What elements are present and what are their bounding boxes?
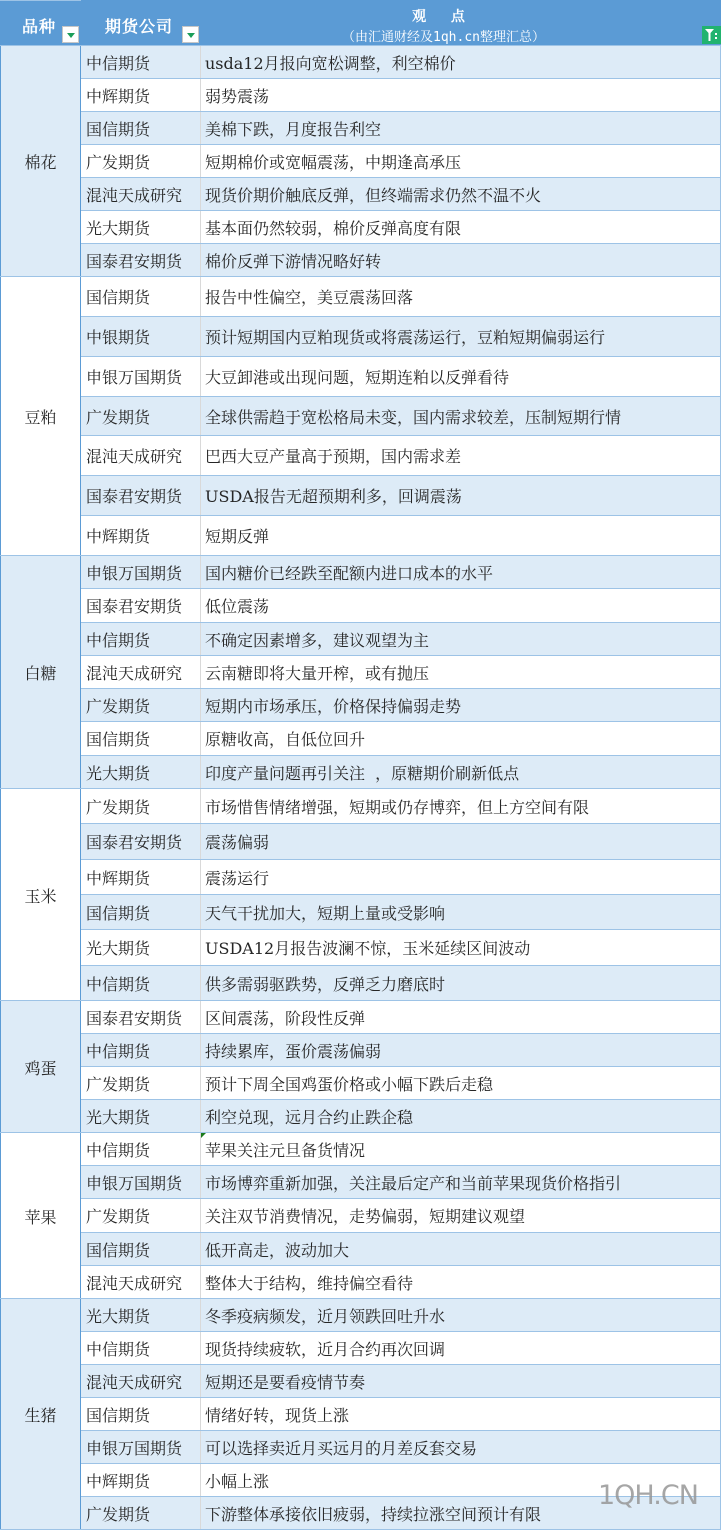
table-row: 国信期货天气干扰加大，短期上量或受影响 (81, 895, 721, 930)
company-cell[interactable]: 混沌天成研究 (81, 1365, 201, 1397)
view-cell[interactable]: 低位震荡 (201, 589, 721, 622)
company-cell[interactable]: 国信期货 (81, 1233, 201, 1265)
company-cell[interactable]: 中信期货 (81, 1332, 201, 1364)
category-section: 豆粕国信期货报告中性偏空，美豆震荡回落中银期货预计短期国内豆粕现货或将震荡运行，… (0, 277, 721, 556)
view-text: 印度产量问题再引关注 ，原糖期价刷新低点 (205, 761, 519, 784)
view-text: 弱势震荡 (205, 84, 269, 107)
table-row: 光大期货USDA12月报告波澜不惊，玉米延续区间波动 (81, 930, 721, 966)
view-text: 市场惜售情绪增强，短期或仍存博弈，但上方空间有限 (205, 795, 589, 818)
dropdown-triangle-icon (67, 33, 75, 38)
company-filter-dropdown-button[interactable] (182, 26, 199, 43)
category-section: 白糖申银万国期货国内糖价已经跌至配额内进口成本的水平国泰君安期货低位震荡中信期货… (0, 556, 721, 789)
table-row: 中信期货现货持续疲软，近月合约再次回调 (81, 1332, 721, 1365)
table-row: 中辉期货小幅上涨 (81, 1464, 721, 1497)
view-text: USDA报告无超预期利多，回调震荡 (205, 484, 462, 507)
table-row: 混沌天成研究云南糖即将大量开榨，或有抛压 (81, 656, 721, 689)
view-text: 市场博弈重新加强，关注最后定产和当前苹果现货价格指引 (205, 1171, 621, 1194)
section-rows: 申银万国期货国内糖价已经跌至配额内进口成本的水平国泰君安期货低位震荡中信期货不确… (81, 556, 721, 789)
company-cell[interactable]: 广发期货 (81, 1067, 201, 1099)
view-cell[interactable]: 巴西大豆产量高于预期，国内需求差 (201, 436, 721, 475)
view-text: usda12月报向宽松调整，利空棉价 (205, 51, 456, 74)
view-text: 持续累库，蛋价震荡偏弱 (205, 1039, 381, 1062)
view-filter-button[interactable] (702, 26, 721, 44)
company-cell[interactable]: 国泰君安期货 (81, 589, 201, 622)
company-cell[interactable]: 混沌天成研究 (81, 436, 201, 475)
view-text: 短期反弹 (205, 524, 269, 547)
table-row: 光大期货印度产量问题再引关注 ，原糖期价刷新低点 (81, 756, 721, 789)
table-row: 国信期货美棉下跌，月度报告利空 (81, 112, 721, 145)
table-row: 广发期货短期棉价或宽幅震荡，中期逢高承压 (81, 145, 721, 178)
company-cell[interactable]: 广发期货 (81, 145, 201, 177)
company-cell[interactable]: 国信期货 (81, 277, 201, 316)
view-cell[interactable]: 预计下周全国鸡蛋价格或小幅下跌后走稳 (201, 1067, 721, 1099)
table-row: 国泰君安期货区间震荡，阶段性反弹 (81, 1001, 721, 1034)
view-cell[interactable]: 天气干扰加大，短期上量或受影响 (201, 895, 721, 929)
table-row: 国泰君安期货棉价反弹下游情况略好转 (81, 244, 721, 277)
table-row: 广发期货市场惜售情绪增强，短期或仍存博弈，但上方空间有限 (81, 789, 721, 824)
view-text: 供多需弱驱跌势，反弹乏力磨底时 (205, 972, 445, 995)
company-cell[interactable]: 中信期货 (81, 46, 201, 78)
company-cell[interactable]: 国泰君安期货 (81, 244, 201, 276)
table-row: 光大期货利空兑现，远月合约止跌企稳 (81, 1100, 721, 1133)
category-label: 鸡蛋 (24, 1056, 56, 1079)
company-cell[interactable]: 国泰君安期货 (81, 1001, 201, 1033)
company-cell[interactable]: 国信期货 (81, 895, 201, 929)
header-view-subtitle: （由汇通财经及1qh.cn整理汇总） (201, 26, 686, 45)
company-cell[interactable]: 混沌天成研究 (81, 656, 201, 688)
view-text: 报告中性偏空，美豆震荡回落 (205, 285, 413, 308)
table-row: 混沌天成研究整体大于结构，维持偏空看待 (81, 1266, 721, 1299)
company-cell[interactable]: 中银期货 (81, 317, 201, 356)
view-text: 现货持续疲软，近月合约再次回调 (205, 1337, 445, 1360)
view-text: 预计短期国内豆粕现货或将震荡运行，豆粕短期偏弱运行 (205, 325, 605, 348)
category-cell[interactable]: 苹果 (0, 1133, 81, 1299)
view-cell[interactable]: 弱势震荡 (201, 79, 721, 111)
category-label: 生猪 (24, 1403, 56, 1426)
view-cell[interactable]: 持续累库，蛋价震荡偏弱 (201, 1034, 721, 1066)
table-row: 国信期货报告中性偏空，美豆震荡回落 (81, 277, 721, 317)
category-label: 棉花 (24, 150, 56, 173)
company-cell[interactable]: 中辉期货 (81, 79, 201, 111)
company-cell[interactable]: 光大期货 (81, 756, 201, 788)
category-cell[interactable]: 棉花 (0, 46, 81, 277)
table-row: 中辉期货短期反弹 (81, 516, 721, 556)
section-rows: 中信期货苹果关注元旦备货情况申银万国期货市场博弈重新加强，关注最后定产和当前苹果… (81, 1133, 721, 1299)
view-text: 国内糖价已经跌至配额内进口成本的水平 (205, 561, 493, 584)
table-row: 中信期货不确定因素增多，建议观望为主 (81, 623, 721, 656)
category-cell[interactable]: 鸡蛋 (0, 1001, 81, 1133)
view-text: 关注双节消费情况，走势偏弱，短期建议观望 (205, 1204, 525, 1227)
company-cell[interactable]: 国信期货 (81, 1398, 201, 1430)
table-row: 中辉期货震荡运行 (81, 860, 721, 895)
table-header: 品种 期货公司 观 点 （由汇通财经及1qh.cn整理汇总） (0, 0, 721, 46)
company-cell[interactable]: 中辉期货 (81, 860, 201, 894)
view-text: 云南糖即将大量开榨，或有抛压 (205, 661, 429, 684)
company-cell[interactable]: 中信期货 (81, 1133, 201, 1165)
header-view: 观 点 （由汇通财经及1qh.cn整理汇总） (201, 0, 721, 46)
category-cell[interactable]: 豆粕 (0, 277, 81, 556)
section-rows: 国信期货报告中性偏空，美豆震荡回落中银期货预计短期国内豆粕现货或将震荡运行，豆粕… (81, 277, 721, 556)
view-cell[interactable]: 不确定因素增多，建议观望为主 (201, 623, 721, 655)
view-text: 短期内市场承压，价格保持偏弱走势 (205, 694, 461, 717)
view-text: 震荡运行 (205, 866, 269, 889)
view-cell[interactable]: 震荡偏弱 (201, 824, 721, 859)
category-label: 苹果 (24, 1205, 56, 1228)
view-text: 可以选择卖近月买远月的月差反套交易 (205, 1436, 477, 1459)
spreadsheet: 品种 期货公司 观 点 （由汇通财经及1qh.cn整理汇总） 棉花中信期货usd… (0, 0, 721, 1530)
view-cell[interactable]: 印度产量问题再引关注 ，原糖期价刷新低点 (201, 756, 721, 788)
table-row: 混沌天成研究巴西大豆产量高于预期，国内需求差 (81, 436, 721, 476)
view-text: 震荡偏弱 (205, 830, 269, 853)
section-rows: 国泰君安期货区间震荡，阶段性反弹中信期货持续累库，蛋价震荡偏弱广发期货预计下周全… (81, 1001, 721, 1133)
view-cell[interactable]: USDA报告无超预期利多，回调震荡 (201, 476, 721, 515)
view-cell[interactable]: 短期棉价或宽幅震荡，中期逢高承压 (201, 145, 721, 177)
section-rows: 广发期货市场惜售情绪增强，短期或仍存博弈，但上方空间有限国泰君安期货震荡偏弱中辉… (81, 789, 721, 1001)
dropdown-triangle-icon (187, 33, 195, 38)
table-row: 广发期货全球供需趋于宽松格局未变，国内需求较差，压制短期行情 (81, 397, 721, 436)
view-cell[interactable]: 大豆卸港或出现问题，短期连粕以反弹看待 (201, 357, 721, 396)
view-text: 利空兑现，远月合约止跌企稳 (205, 1105, 413, 1128)
company-cell[interactable]: 光大期货 (81, 930, 201, 965)
view-cell[interactable]: 预计短期国内豆粕现货或将震荡运行，豆粕短期偏弱运行 (201, 317, 721, 356)
view-cell[interactable]: 小幅上涨 (201, 1464, 721, 1496)
table-row: 中信期货持续累库，蛋价震荡偏弱 (81, 1034, 721, 1067)
category-cell[interactable]: 生猪 (0, 1299, 81, 1530)
company-cell[interactable]: 中辉期货 (81, 1464, 201, 1496)
view-cell[interactable]: 现货价期价触底反弹，但终端需求仍然不温不火 (201, 178, 721, 210)
company-cell[interactable]: 光大期货 (81, 1100, 201, 1132)
table-row: 申银万国期货大豆卸港或出现问题，短期连粕以反弹看待 (81, 357, 721, 397)
table-row: 混沌天成研究现货价期价触底反弹，但终端需求仍然不温不火 (81, 178, 721, 211)
category-label: 豆粕 (24, 405, 56, 428)
view-cell[interactable]: 震荡运行 (201, 860, 721, 894)
view-text: 美棉下跌，月度报告利空 (205, 117, 381, 140)
table-row: 国信期货低开高走，波动加大 (81, 1233, 721, 1266)
view-text: 区间震荡，阶段性反弹 (205, 1006, 365, 1029)
view-text: 大豆卸港或出现问题，短期连粕以反弹看待 (205, 365, 509, 388)
view-cell[interactable]: 利空兑现，远月合约止跌企稳 (201, 1100, 721, 1132)
company-cell[interactable]: 国信期货 (81, 722, 201, 755)
view-cell[interactable]: 原糖收高，自低位回升 (201, 722, 721, 755)
table-row: 光大期货基本面仍然较弱，棉价反弹高度有限 (81, 211, 721, 244)
view-text: 巴西大豆产量高于预期，国内需求差 (205, 444, 461, 467)
view-text: 苹果关注元旦备货情况 (205, 1138, 365, 1161)
category-label: 玉米 (24, 884, 56, 907)
header-company-label: 期货公司 (105, 14, 173, 37)
company-cell[interactable]: 中信期货 (81, 966, 201, 1000)
view-cell[interactable]: 短期还是要看疫情节奏 (201, 1365, 721, 1397)
table-row: 广发期货短期内市场承压，价格保持偏弱走势 (81, 689, 721, 722)
company-cell[interactable]: 广发期货 (81, 397, 201, 435)
view-text: 预计下周全国鸡蛋价格或小幅下跌后走稳 (205, 1072, 493, 1095)
table-row: 中银期货预计短期国内豆粕现货或将震荡运行，豆粕短期偏弱运行 (81, 317, 721, 357)
view-cell[interactable]: 国内糖价已经跌至配额内进口成本的水平 (201, 556, 721, 588)
table-row: 广发期货预计下周全国鸡蛋价格或小幅下跌后走稳 (81, 1067, 721, 1100)
view-cell[interactable]: 冬季疫病频发，近月领跌回吐升水 (201, 1299, 721, 1331)
category-section: 苹果中信期货苹果关注元旦备货情况申银万国期货市场博弈重新加强，关注最后定产和当前… (0, 1133, 721, 1299)
category-cell[interactable]: 玉米 (0, 789, 81, 1001)
company-cell[interactable]: 申银万国期货 (81, 1431, 201, 1463)
table-row: 中信期货供多需弱驱跌势，反弹乏力磨底时 (81, 966, 721, 1001)
company-cell[interactable]: 广发期货 (81, 1497, 201, 1529)
company-cell[interactable]: 国信期货 (81, 112, 201, 144)
table-row: 国泰君安期货低位震荡 (81, 589, 721, 623)
view-cell[interactable]: 下游整体承接依旧疲弱，持续拉涨空间预计有限 (201, 1497, 721, 1529)
table-row: 申银万国期货市场博弈重新加强，关注最后定产和当前苹果现货价格指引 (81, 1166, 721, 1199)
table-row: 混沌天成研究短期还是要看疫情节奏 (81, 1365, 721, 1398)
view-text: 天气干扰加大，短期上量或受影响 (205, 901, 445, 924)
view-text: 情绪好转，现货上涨 (205, 1403, 349, 1426)
view-cell[interactable]: 区间震荡，阶段性反弹 (201, 1001, 721, 1033)
table-row: 中信期货苹果关注元旦备货情况 (81, 1133, 721, 1166)
company-cell[interactable]: 中信期货 (81, 1034, 201, 1066)
view-text: 小幅上涨 (205, 1469, 269, 1492)
category-section: 玉米广发期货市场惜售情绪增强，短期或仍存博弈，但上方空间有限国泰君安期货震荡偏弱… (0, 789, 721, 1001)
header-company: 期货公司 (81, 0, 201, 46)
view-text: 短期棉价或宽幅震荡，中期逢高承压 (205, 150, 461, 173)
company-cell[interactable]: 混沌天成研究 (81, 178, 201, 210)
view-text: 基本面仍然较弱，棉价反弹高度有限 (205, 216, 461, 239)
view-text: 不确定因素增多，建议观望为主 (205, 628, 429, 651)
comment-indicator-icon[interactable] (201, 1133, 206, 1138)
company-cell[interactable]: 申银万国期货 (81, 556, 201, 588)
company-cell[interactable]: 申银万国期货 (81, 357, 201, 396)
view-text: 整体大于结构，维持偏空看待 (205, 1271, 413, 1294)
company-cell[interactable]: 光大期货 (81, 1299, 201, 1331)
company-cell[interactable]: 国泰君安期货 (81, 824, 201, 859)
view-cell[interactable]: 棉价反弹下游情况略好转 (201, 244, 721, 276)
category-section: 棉花中信期货usda12月报向宽松调整，利空棉价中辉期货弱势震荡国信期货美棉下跌… (0, 46, 721, 277)
view-cell[interactable]: USDA12月报告波澜不惊，玉米延续区间波动 (201, 930, 721, 965)
company-cell[interactable]: 国泰君安期货 (81, 476, 201, 515)
view-cell[interactable]: 关注双节消费情况，走势偏弱，短期建议观望 (201, 1199, 721, 1232)
header-view-title: 观 点 (201, 6, 686, 26)
section-rows: 中信期货usda12月报向宽松调整，利空棉价中辉期货弱势震荡国信期货美棉下跌，月… (81, 46, 721, 277)
header-category: 品种 (0, 0, 81, 46)
view-text: 全球供需趋于宽松格局未变，国内需求较差，压制短期行情 (205, 405, 621, 428)
table-row: 国泰君安期货震荡偏弱 (81, 824, 721, 860)
category-label: 白糖 (24, 661, 56, 684)
view-text: 棉价反弹下游情况略好转 (205, 249, 381, 272)
view-cell[interactable]: 低开高走，波动加大 (201, 1233, 721, 1265)
view-cell[interactable]: 基本面仍然较弱，棉价反弹高度有限 (201, 211, 721, 243)
view-text: 低开高走，波动加大 (205, 1238, 349, 1261)
section-rows: 光大期货冬季疫病频发，近月领跌回吐升水中信期货现货持续疲软，近月合约再次回调混沌… (81, 1299, 721, 1530)
view-cell[interactable]: 美棉下跌，月度报告利空 (201, 112, 721, 144)
view-text: 低位震荡 (205, 594, 269, 617)
company-cell[interactable]: 中信期货 (81, 623, 201, 655)
view-cell[interactable]: 市场博弈重新加强，关注最后定产和当前苹果现货价格指引 (201, 1166, 721, 1198)
header-category-label: 品种 (22, 14, 56, 37)
company-cell[interactable]: 光大期货 (81, 211, 201, 243)
table-row: 广发期货下游整体承接依旧疲弱，持续拉涨空间预计有限 (81, 1497, 721, 1530)
category-section: 鸡蛋国泰君安期货区间震荡，阶段性反弹中信期货持续累库，蛋价震荡偏弱广发期货预计下… (0, 1001, 721, 1133)
table-row: 国信期货原糖收高，自低位回升 (81, 722, 721, 756)
table-row: 国信期货情绪好转，现货上涨 (81, 1398, 721, 1431)
company-cell[interactable]: 中辉期货 (81, 516, 201, 555)
table-row: 申银万国期货可以选择卖近月买远月的月差反套交易 (81, 1431, 721, 1464)
view-cell[interactable]: 可以选择卖近月买远月的月差反套交易 (201, 1431, 721, 1463)
filter-icon (705, 29, 718, 41)
table-row: 中信期货usda12月报向宽松调整，利空棉价 (81, 46, 721, 79)
category-cell[interactable]: 白糖 (0, 556, 81, 789)
view-text: USDA12月报告波澜不惊，玉米延续区间波动 (205, 936, 530, 959)
category-section: 生猪光大期货冬季疫病频发，近月领跌回吐升水中信期货现货持续疲软，近月合约再次回调… (0, 1299, 721, 1530)
company-cell[interactable]: 申银万国期货 (81, 1166, 201, 1198)
view-cell[interactable]: 市场惜售情绪增强，短期或仍存博弈，但上方空间有限 (201, 789, 721, 823)
view-text: 冬季疫病频发，近月领跌回吐升水 (205, 1304, 445, 1327)
table-row: 光大期货冬季疫病频发，近月领跌回吐升水 (81, 1299, 721, 1332)
view-cell[interactable]: 供多需弱驱跌势，反弹乏力磨底时 (201, 966, 721, 1000)
company-cell[interactable]: 广发期货 (81, 689, 201, 721)
view-cell[interactable]: 情绪好转，现货上涨 (201, 1398, 721, 1430)
view-text: 现货价期价触底反弹，但终端需求仍然不温不火 (205, 183, 541, 206)
view-cell[interactable]: usda12月报向宽松调整，利空棉价 (201, 46, 721, 78)
table-row: 国泰君安期货USDA报告无超预期利多，回调震荡 (81, 476, 721, 516)
view-cell[interactable]: 全球供需趋于宽松格局未变，国内需求较差，压制短期行情 (201, 397, 721, 435)
company-cell[interactable]: 混沌天成研究 (81, 1266, 201, 1298)
view-cell[interactable]: 现货持续疲软，近月合约再次回调 (201, 1332, 721, 1364)
view-cell[interactable]: 短期反弹 (201, 516, 721, 555)
category-filter-dropdown-button[interactable] (62, 26, 79, 43)
view-text: 短期还是要看疫情节奏 (205, 1370, 365, 1393)
table-row: 中辉期货弱势震荡 (81, 79, 721, 112)
table-row: 广发期货关注双节消费情况，走势偏弱，短期建议观望 (81, 1199, 721, 1233)
view-cell[interactable]: 整体大于结构，维持偏空看待 (201, 1266, 721, 1298)
view-cell[interactable]: 报告中性偏空，美豆震荡回落 (201, 277, 721, 316)
company-cell[interactable]: 广发期货 (81, 789, 201, 823)
view-cell[interactable]: 云南糖即将大量开榨，或有抛压 (201, 656, 721, 688)
view-text: 原糖收高，自低位回升 (205, 727, 365, 750)
table-row: 申银万国期货国内糖价已经跌至配额内进口成本的水平 (81, 556, 721, 589)
company-cell[interactable]: 广发期货 (81, 1199, 201, 1232)
view-text: 下游整体承接依旧疲弱，持续拉涨空间预计有限 (205, 1502, 541, 1525)
view-cell[interactable]: 苹果关注元旦备货情况 (201, 1133, 721, 1165)
view-cell[interactable]: 短期内市场承压，价格保持偏弱走势 (201, 689, 721, 721)
